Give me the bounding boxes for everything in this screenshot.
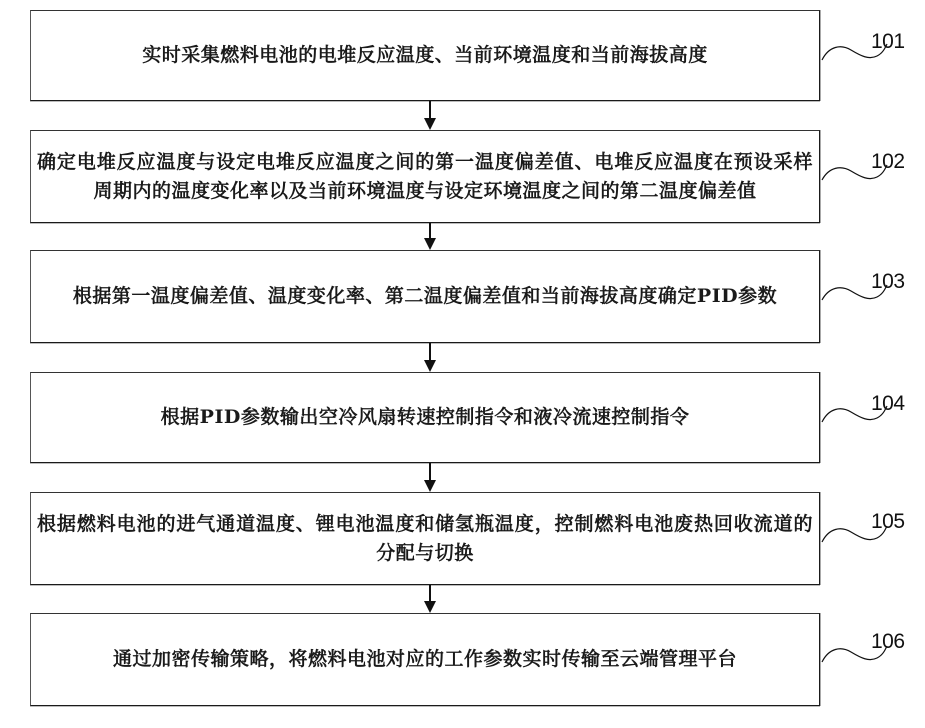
step-box-101: 实时采集燃料电池的电堆反应温度、当前环境温度和当前海拔高度 bbox=[30, 10, 820, 101]
step-number-105: 105 bbox=[871, 510, 905, 534]
arrow-head-icon bbox=[424, 480, 436, 492]
step-text-104: 根据PID参数输出空冷风扇转速控制指令和液冷流速控制指令 bbox=[153, 403, 698, 432]
callout-101: 101 bbox=[821, 28, 925, 88]
arrow-head-icon bbox=[424, 601, 436, 613]
step-box-105: 根据燃料电池的进气通道温度、锂电池温度和储氢瓶温度，控制燃料电池废热回收流道的分… bbox=[30, 492, 820, 585]
flow-arrow-1 bbox=[424, 101, 436, 130]
flow-arrow-2 bbox=[424, 223, 436, 250]
step-number-101: 101 bbox=[871, 30, 905, 54]
callout-103: 103 bbox=[821, 270, 925, 330]
step-box-103: 根据第一温度偏差值、温度变化率、第二温度偏差值和当前海拔高度确定PID参数 bbox=[30, 250, 820, 343]
step-box-102: 确定电堆反应温度与设定电堆反应温度之间的第一温度偏差值、电堆反应温度在预设采样周… bbox=[30, 130, 820, 223]
step-box-106: 通过加密传输策略，将燃料电池对应的工作参数实时传输至云端管理平台 bbox=[30, 613, 820, 706]
callout-102: 102 bbox=[821, 150, 925, 210]
step-number-102: 102 bbox=[871, 150, 905, 174]
callout-105: 105 bbox=[821, 510, 925, 570]
step-number-106: 106 bbox=[871, 630, 905, 654]
step-number-104: 104 bbox=[871, 392, 905, 416]
flow-arrow-3 bbox=[424, 343, 436, 372]
arrow-head-icon bbox=[424, 118, 436, 130]
callout-106: 106 bbox=[821, 630, 925, 690]
arrow-head-icon bbox=[424, 360, 436, 372]
step-text-105: 根据燃料电池的进气通道温度、锂电池温度和储氢瓶温度，控制燃料电池废热回收流道的分… bbox=[31, 510, 819, 568]
step-text-106: 通过加密传输策略，将燃料电池对应的工作参数实时传输至云端管理平台 bbox=[105, 645, 745, 674]
step-number-103: 103 bbox=[871, 270, 905, 294]
step-box-104: 根据PID参数输出空冷风扇转速控制指令和液冷流速控制指令 bbox=[30, 372, 820, 463]
arrow-head-icon bbox=[424, 238, 436, 250]
step-text-102: 确定电堆反应温度与设定电堆反应温度之间的第一温度偏差值、电堆反应温度在预设采样周… bbox=[31, 148, 819, 206]
flow-arrow-5 bbox=[424, 585, 436, 613]
step-text-103: 根据第一温度偏差值、温度变化率、第二温度偏差值和当前海拔高度确定PID参数 bbox=[67, 282, 783, 311]
flow-arrow-4 bbox=[424, 463, 436, 492]
step-text-101: 实时采集燃料电池的电堆反应温度、当前环境温度和当前海拔高度 bbox=[134, 41, 716, 70]
callout-104: 104 bbox=[821, 390, 925, 450]
